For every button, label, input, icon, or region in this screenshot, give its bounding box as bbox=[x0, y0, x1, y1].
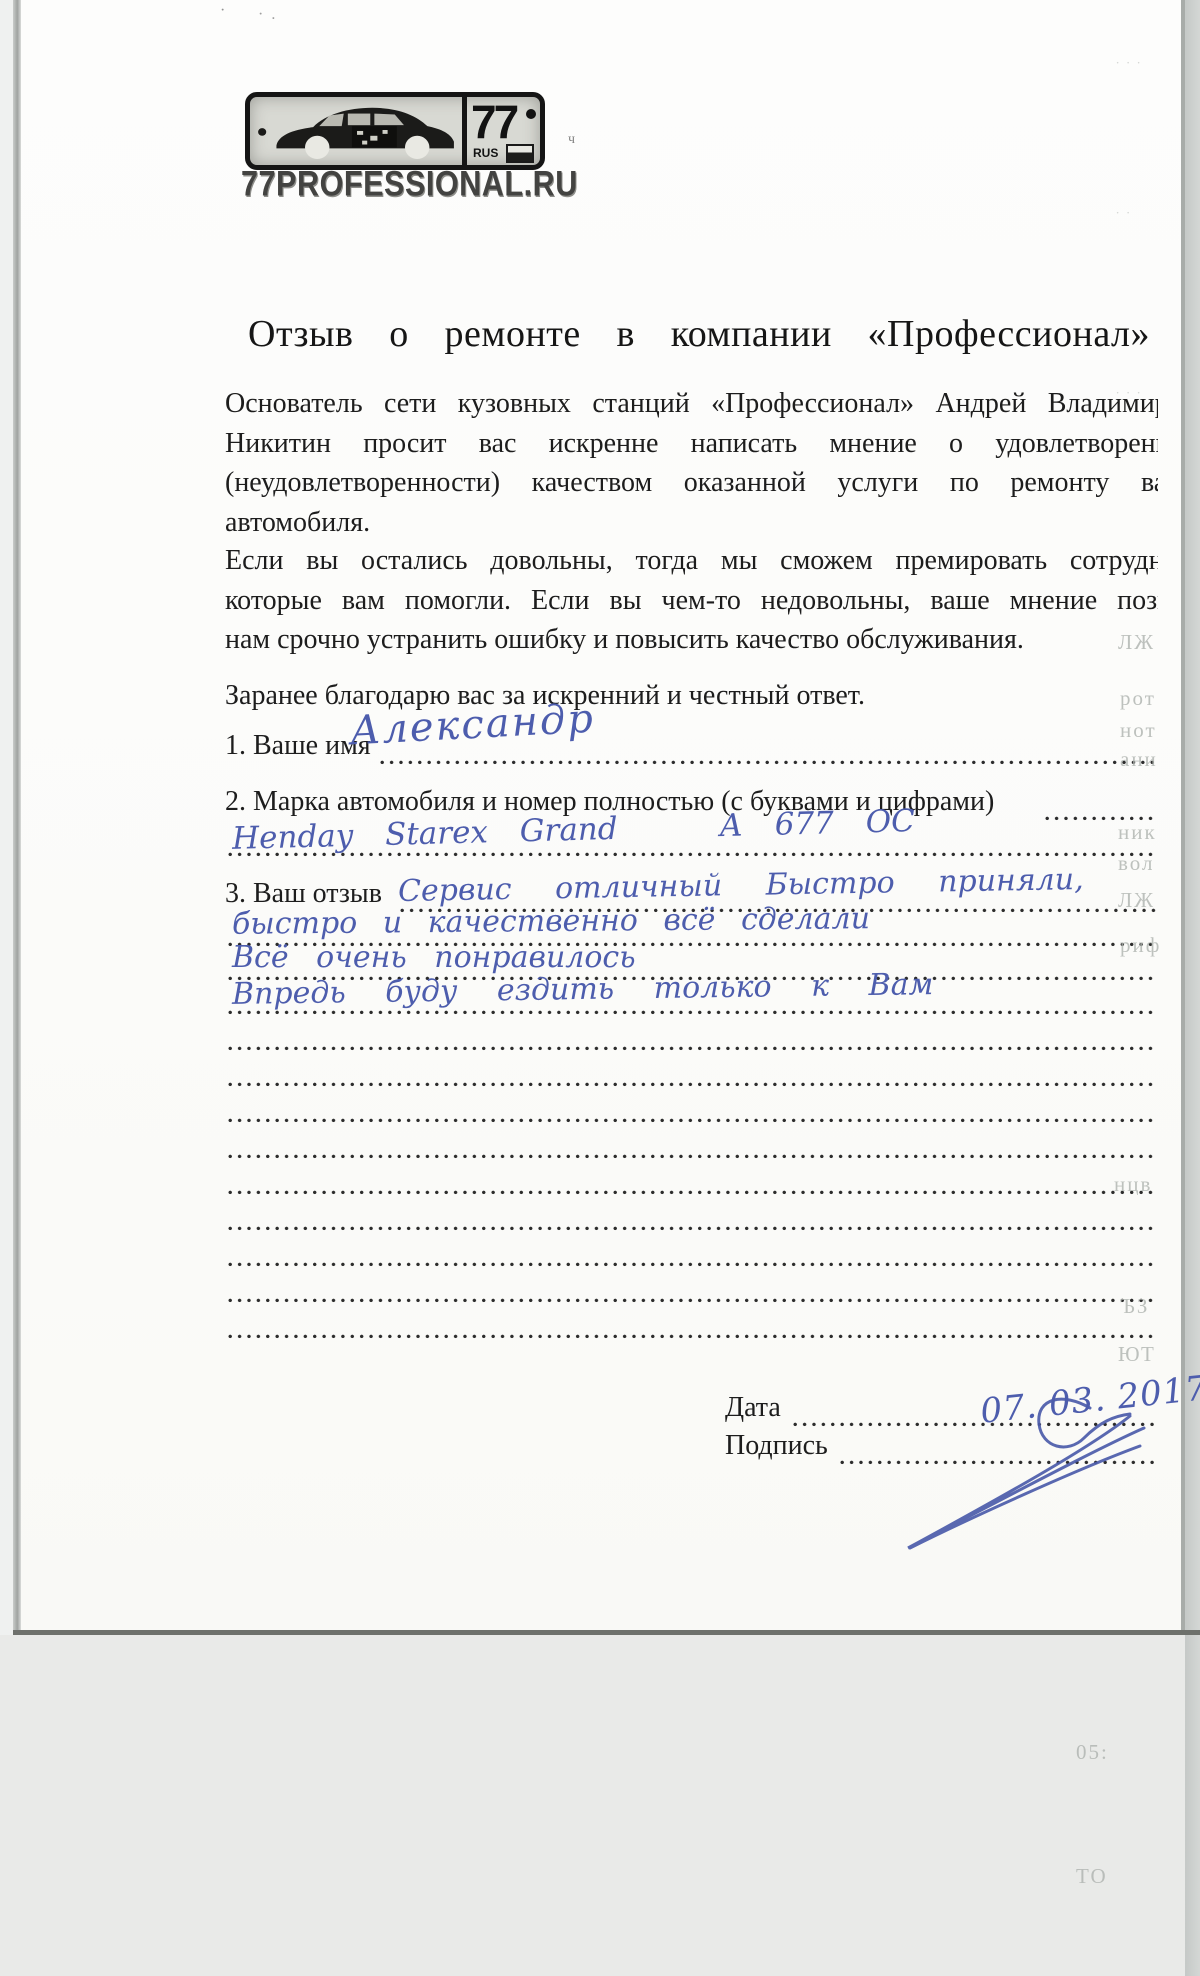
ghost-fragment: ник bbox=[1118, 820, 1157, 845]
intro-line: (неудовлетворенности) качеством оказанно… bbox=[225, 463, 1158, 503]
ghost-fragment: нот bbox=[1120, 718, 1157, 743]
page-left-edge bbox=[13, 0, 21, 1632]
blank-dotted-line bbox=[228, 1154, 1158, 1159]
scanned-document: 77 RUS 77PROFESSIONAL.RU Отзыв о ремонте… bbox=[0, 0, 1200, 1976]
blank-dotted-line bbox=[228, 1118, 1158, 1123]
ghost-fragment: 05: bbox=[1076, 1740, 1109, 1765]
promo-line: Если вы остались довольны, тогда мы смож… bbox=[225, 541, 1158, 581]
page-title: Отзыв о ремонте в компании «Профессионал… bbox=[248, 312, 1150, 356]
handwritten-car-plate: А 677 ОС bbox=[719, 803, 915, 844]
intro-line: автомобиля. bbox=[225, 503, 1158, 543]
intro-paragraph: Основатель сети кузовных станций «Профес… bbox=[225, 384, 1158, 542]
blank-dotted-line bbox=[228, 1046, 1158, 1051]
blank-dotted-line bbox=[228, 1298, 1158, 1303]
handwritten-review-line: быстро и качественно всё сделали bbox=[232, 901, 870, 942]
name-dotted-line bbox=[380, 760, 1158, 765]
car-silhouette-icon bbox=[254, 101, 458, 159]
promo-paragraph: Если вы остались довольны, тогда мы смож… bbox=[225, 541, 1158, 660]
ghost-speck: · . bbox=[258, 6, 277, 24]
ghost-fragment: ани bbox=[1120, 747, 1158, 772]
brand-url: 77PROFESSIONAL.RU bbox=[241, 165, 578, 205]
ghost-fragment: нцв bbox=[1114, 1172, 1152, 1197]
backing-sheet bbox=[0, 1635, 1185, 1976]
plate-divider bbox=[462, 97, 467, 165]
ghost-fragment: ЛЖ bbox=[1118, 630, 1155, 655]
blank-dotted-line bbox=[228, 1190, 1158, 1195]
intro-line: Никитин просит вас искренне написать мне… bbox=[225, 424, 1158, 464]
review-dotted-line bbox=[228, 1010, 1158, 1015]
ghost-speck: ∙ ∙ bbox=[1116, 205, 1132, 221]
ghost-fragment: рот bbox=[1120, 686, 1156, 711]
promo-line: нам срочно устранить ошибку и повысить к… bbox=[225, 620, 1158, 660]
blank-dotted-line bbox=[228, 1226, 1158, 1231]
russia-flag-icon bbox=[506, 144, 534, 163]
scanner-right-strip bbox=[1185, 0, 1200, 1976]
plate-region-number: 77 bbox=[471, 94, 516, 149]
ghost-fragment: ЪЗ bbox=[1120, 1294, 1149, 1319]
ghost-speck: ∙ ∙ ∙ bbox=[1116, 55, 1142, 71]
page-bottom-edge bbox=[13, 1630, 1200, 1635]
intro-line: Основатель сети кузовных станций «Профес… bbox=[225, 384, 1158, 424]
promo-line: которые вам помогли. Если вы чем-то недо… bbox=[225, 581, 1158, 621]
blank-dotted-line bbox=[228, 1334, 1158, 1339]
ghost-speck: ч bbox=[568, 132, 577, 148]
signature-scrawl bbox=[760, 1386, 1170, 1586]
ghost-speck: ∙ ∙ ∙ bbox=[1116, 385, 1142, 401]
handwritten-review-line: Всё очень понравилось bbox=[232, 940, 636, 975]
ghost-speck: · bbox=[220, 2, 227, 20]
logo-plate: 77 RUS bbox=[245, 92, 545, 170]
blank-dotted-line bbox=[228, 1082, 1158, 1087]
plate-region-code: RUS bbox=[473, 146, 498, 160]
ghost-fragment: вол bbox=[1118, 851, 1154, 876]
plate-dot bbox=[526, 109, 536, 119]
ghost-fragment: риф bbox=[1120, 933, 1161, 958]
ghost-fragment: ЮТ bbox=[1118, 1342, 1156, 1367]
blank-dotted-line bbox=[228, 1262, 1158, 1267]
name-field-label: 1. Ваше имя bbox=[225, 730, 371, 762]
ghost-fragment: ТО bbox=[1076, 1864, 1108, 1889]
ghost-fragment: ЛЖ bbox=[1118, 888, 1155, 913]
